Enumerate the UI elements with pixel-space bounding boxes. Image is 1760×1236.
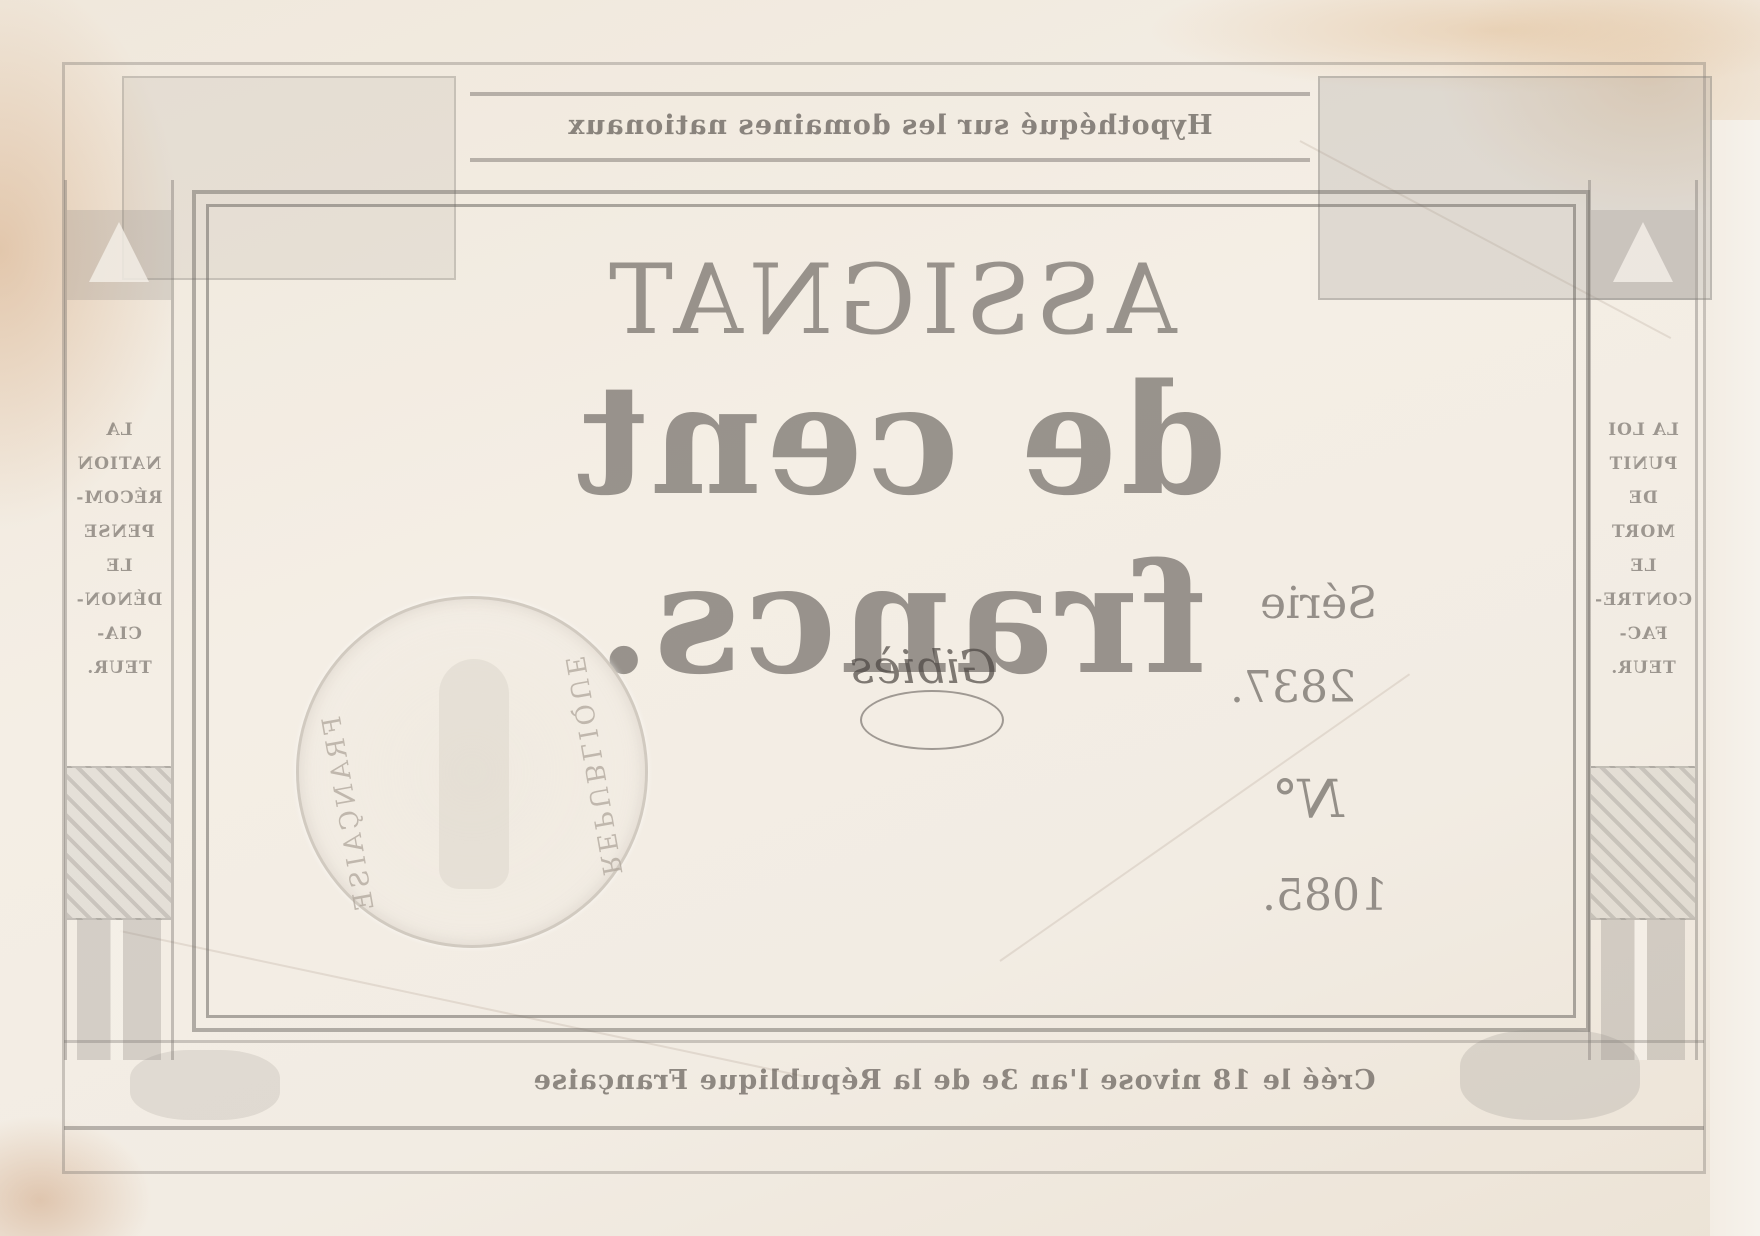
right-column: LA LOI PUNIT DE MORT LE CONTRE- FAC- TEU… bbox=[1588, 180, 1698, 1060]
number-label-text: N° bbox=[1272, 770, 1344, 830]
serie-label-text: Série bbox=[1260, 578, 1377, 629]
serie-number: 2837. bbox=[1230, 662, 1356, 713]
left-column-text: LA NATION RÉCOM- PENSE LE DÉNON- CIA- TE… bbox=[67, 420, 171, 678]
top-band: Hypothéqué sur les domaines nationaux bbox=[470, 92, 1310, 162]
right-word: LA LOI bbox=[1607, 420, 1679, 440]
right-word: TEUR. bbox=[1610, 658, 1675, 678]
right-word: FAC- bbox=[1619, 624, 1668, 644]
serie-label: Série bbox=[1260, 578, 1377, 629]
left-word: LE bbox=[106, 556, 133, 576]
serie-number-text: 2837. bbox=[1230, 662, 1356, 713]
seal-text-right: REPUBLIQUE bbox=[557, 650, 626, 878]
left-column: LA NATION RÉCOM- PENSE LE DÉNON- CIA- TE… bbox=[64, 180, 174, 1060]
top-band-text: Hypothéqué sur les domaines nationaux bbox=[470, 110, 1310, 141]
bottom-band: Créé le 18 nivose l'an 3e de la Républiq… bbox=[64, 1040, 1704, 1130]
column-pillar bbox=[77, 920, 161, 1060]
signature: Gibiès bbox=[850, 640, 996, 694]
left-word: LA bbox=[105, 420, 132, 440]
note-title-text: ASSIGNAT bbox=[603, 244, 1177, 356]
left-word: PENSE bbox=[83, 522, 155, 542]
note-title: ASSIGNAT bbox=[540, 244, 1240, 356]
pediment-ornament bbox=[1591, 210, 1695, 300]
bottom-band-text: Créé le 18 nivose l'an 3e de la Républiq… bbox=[394, 1065, 1514, 1096]
embossed-seal: FRANÇAISE REPUBLIQUE bbox=[296, 596, 648, 948]
bottom-right-vignette bbox=[1460, 1030, 1640, 1120]
signature-flourish bbox=[860, 690, 1004, 750]
column-ornament bbox=[67, 766, 171, 920]
left-word: NATION bbox=[77, 454, 162, 474]
pediment-ornament bbox=[67, 210, 171, 300]
right-word: CONTRE- bbox=[1594, 590, 1692, 610]
paper-edge bbox=[1710, 120, 1760, 1236]
right-word: DE bbox=[1628, 488, 1658, 508]
right-word: PUNIT bbox=[1609, 454, 1678, 474]
left-word: CIA- bbox=[96, 624, 142, 644]
bottom-left-vignette bbox=[130, 1050, 280, 1120]
right-word: LE bbox=[1630, 556, 1657, 576]
left-word: RÉCOM- bbox=[75, 488, 162, 508]
note-number-text: 1085. bbox=[1262, 870, 1388, 921]
column-ornament bbox=[1591, 766, 1695, 920]
left-word: DÉNON- bbox=[76, 590, 163, 610]
right-word: MORT bbox=[1611, 522, 1675, 542]
left-word: TEUR. bbox=[86, 658, 151, 678]
seal-figure bbox=[439, 659, 509, 889]
number-label: N° bbox=[1272, 770, 1344, 830]
note-number: 1085. bbox=[1262, 870, 1388, 921]
right-column-text: LA LOI PUNIT DE MORT LE CONTRE- FAC- TEU… bbox=[1591, 420, 1695, 678]
signature-text: Gibiès bbox=[850, 640, 996, 694]
